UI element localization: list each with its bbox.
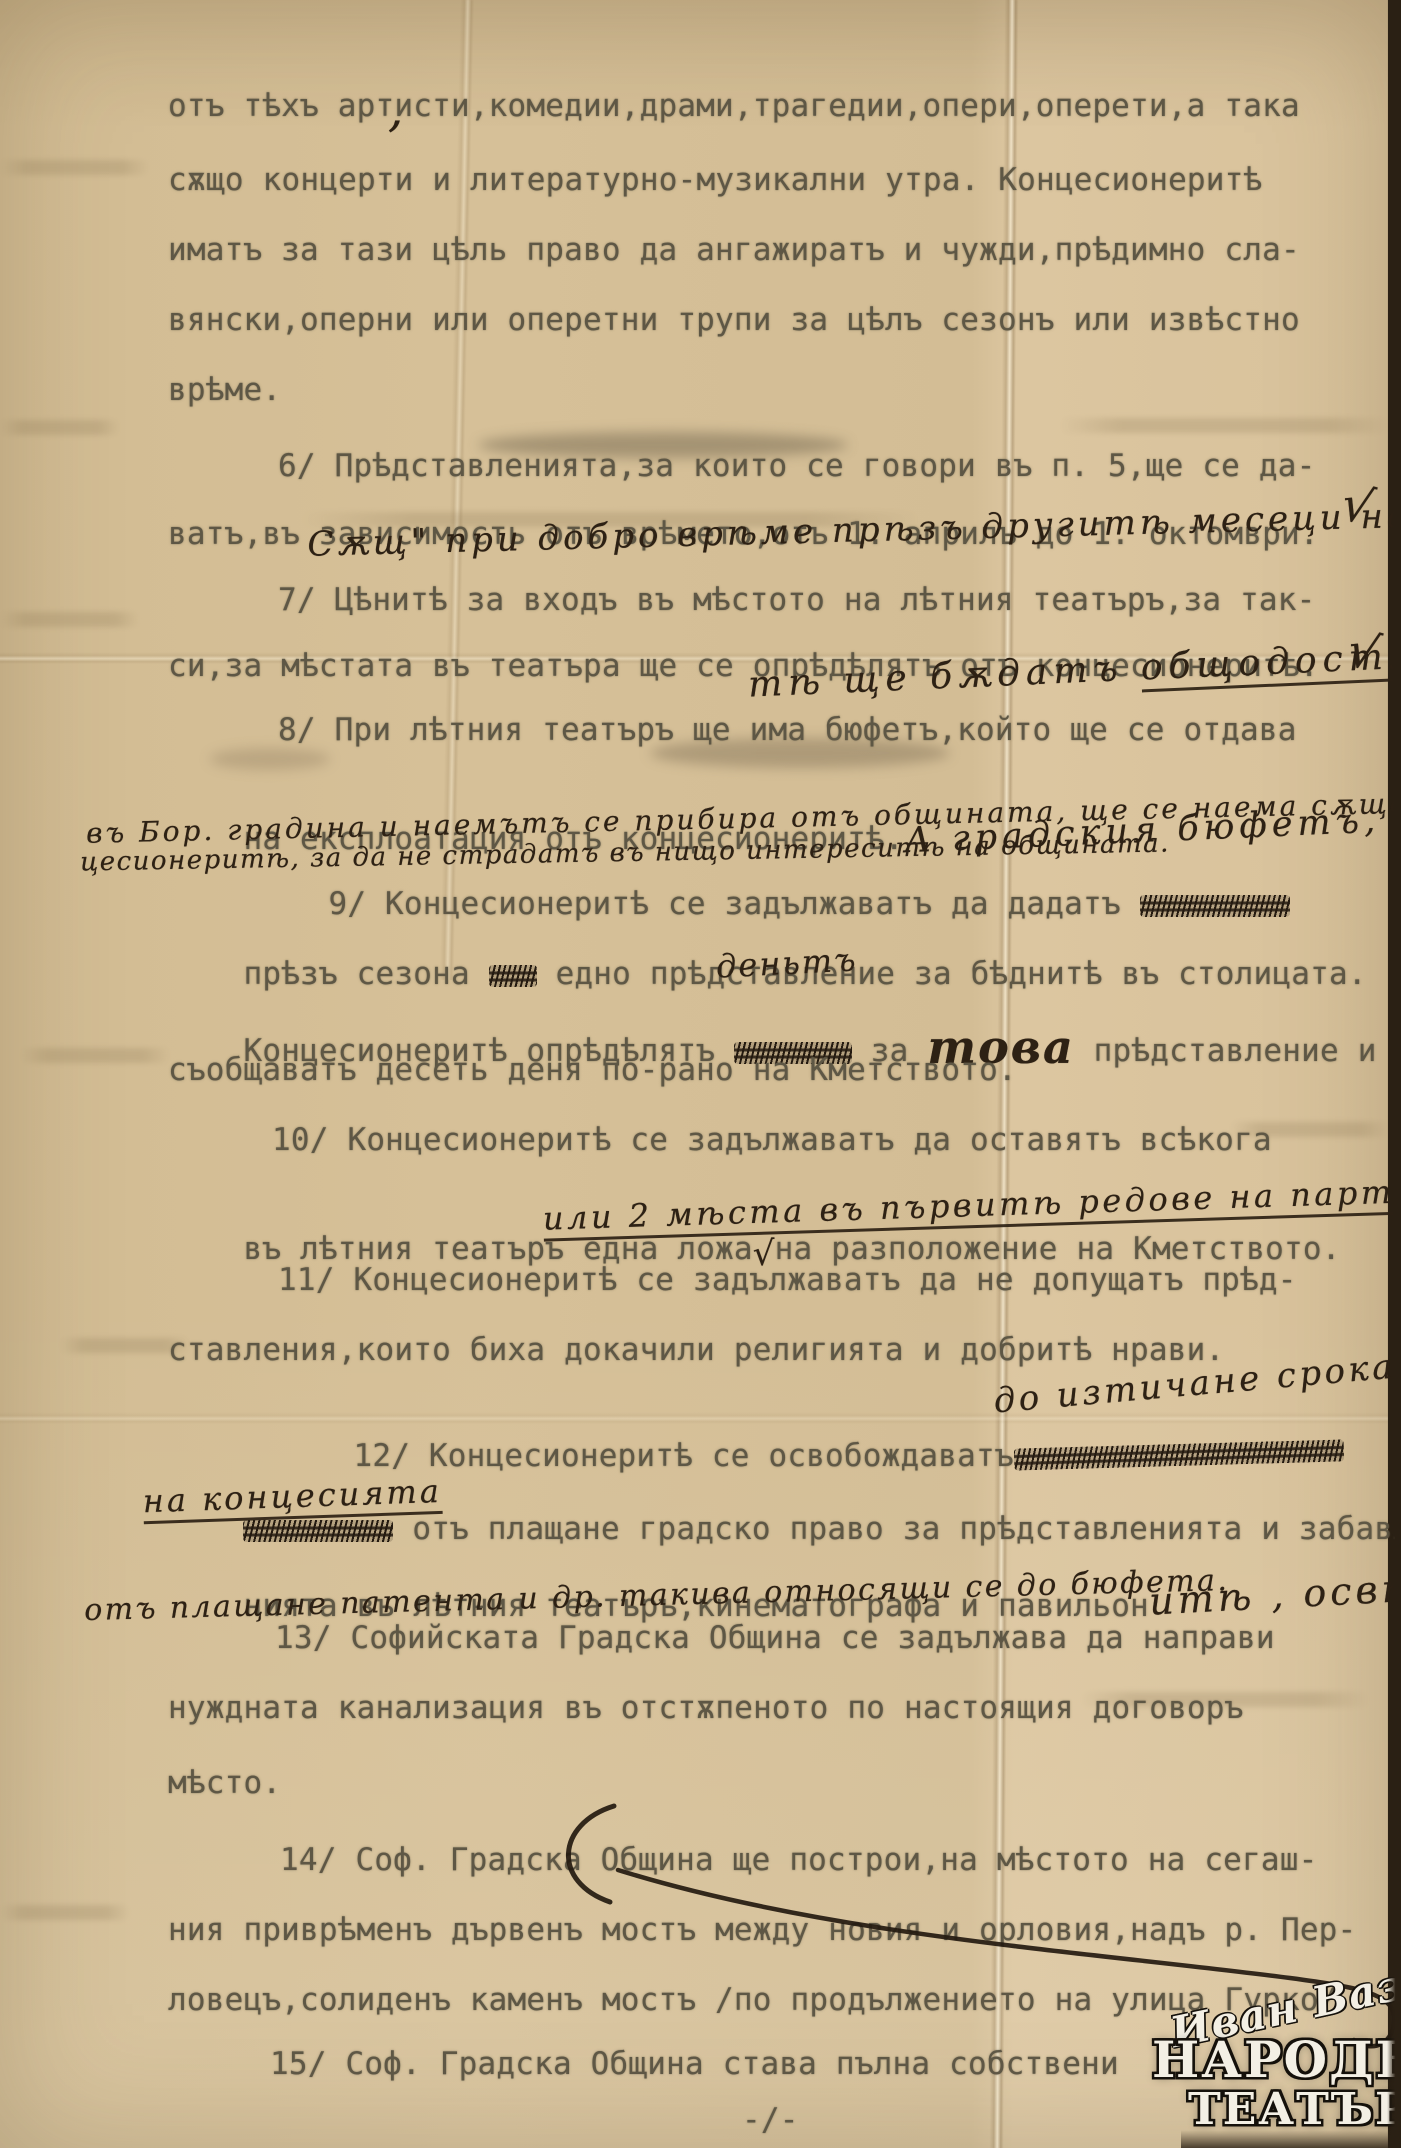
typed-text: отъ плащане градско право за прѣдставлен… [393, 1511, 1401, 1547]
typed-line-24: нуждната канализация въ отстѫпеното по н… [168, 1690, 1244, 1726]
handwriting-text: Сѫщ" при добро врѣме прѣзъ другитѣ месец… [307, 496, 1401, 565]
typed-line-23-clause13: 13/ Софийската Градска Община се задължа… [275, 1620, 1275, 1656]
photo-edge-right [1387, 0, 1401, 2148]
typed-text: 9/ Концесионеритѣ се задължаватъ да дада… [328, 886, 1139, 922]
ink-scribble-crossout-large [1013, 1439, 1343, 1470]
photographed-document: отъ тѣхъ артисти,комедии,драми,трагедии,… [0, 0, 1401, 2148]
typed-line-3: иматъ за тази цѣль право да ангажиратъ и… [168, 232, 1300, 268]
typed-line-27: ния приврѣменъ дървенъ мостъ между новия… [168, 1912, 1356, 1948]
typed-line-28: ловецъ,солиденъ каменъ мостъ /по продълж… [168, 1982, 1338, 2018]
handwriting-underlined: или 2 мѣста въ първитѣ редове на партера [542, 1171, 1401, 1242]
typed-line-14: Концесионеритѣ опрѣдѣлятъ за това прѣдст… [168, 982, 1401, 1108]
typed-text: прѣдставление и [1075, 1033, 1396, 1069]
ink-scribble-crossout [1140, 895, 1290, 917]
typed-line-1: отъ тѣхъ артисти,комедии,драми,трагедии,… [168, 88, 1300, 124]
typed-line-15: съобщаватъ десеть деня по-рано на Кметст… [168, 1052, 1017, 1088]
typed-line-5: врѣме. [168, 372, 281, 408]
handwriting-denjat: деньтъ [715, 940, 858, 985]
watermark-naroden: НАРОДЕН [1152, 2030, 1401, 2089]
watermark-teatar: ТЕАТЪР [1188, 2084, 1401, 2135]
typed-line-29-clause15: 15/ Соф. Градска Община става пълна собс… [270, 2046, 1119, 2082]
handwriting-text: тѣ ще бѫдатъ [747, 647, 1141, 705]
handwriting-underlined: на концесията [142, 1472, 442, 1524]
typed-line-4: вянски,оперни или оперетни трупи за цѣлъ… [168, 302, 1300, 338]
page-number: -/- [742, 2102, 799, 2138]
typed-line-2: сѫщо концерти и литературно-музикални ут… [168, 162, 1262, 198]
handwriting-na-koncesiata: на концесията [88, 1434, 444, 1560]
photo-edge-bottom-right [1181, 2130, 1401, 2148]
typed-line-26-clause14: 14/ Соф. Градска Община ще построи,на мѣ… [280, 1842, 1318, 1878]
typed-text: 12/ Концесионеритѣ се освобождаватъ [353, 1438, 1013, 1474]
typed-line-25: мѣсто. [168, 1765, 281, 1801]
typed-line-19: ставления,които биха докачили религията … [168, 1332, 1224, 1368]
handwriting-inserted-comma: , [388, 82, 403, 138]
